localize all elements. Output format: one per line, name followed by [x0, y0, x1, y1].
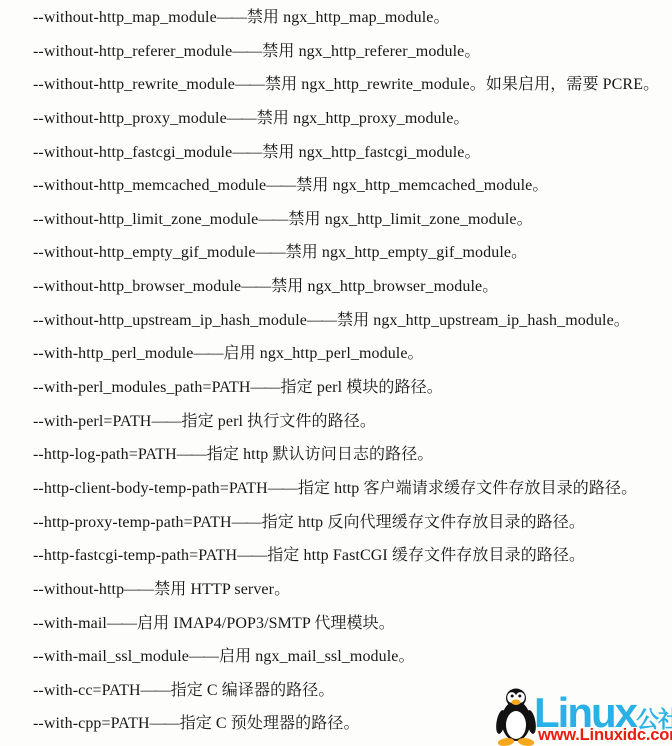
- option-name: --with-cc=PATH: [33, 682, 141, 699]
- option-description: 禁用 ngx_http_limit_zone_module。: [288, 211, 532, 228]
- option-name: --with-mail_ssl_module: [33, 648, 189, 665]
- option-description: 指定 perl 模块的路径。: [281, 379, 443, 396]
- option-description: 指定 http 客户端请求缓存文件存放目录的路径。: [298, 480, 637, 497]
- option-name: --without-http_memcached_module: [33, 177, 266, 194]
- doc-line: --http-log-path=PATH——指定 http 默认访问日志的路径。: [33, 438, 672, 472]
- logo-url-text: www.Linuxidc.com: [538, 726, 672, 745]
- doc-line: --without-http_rewrite_module——禁用 ngx_ht…: [33, 68, 672, 102]
- option-description: 启用 IMAP4/POP3/SMTP 代理模块。: [137, 615, 395, 632]
- option-description: 禁用 ngx_http_fastcgi_module。: [262, 144, 480, 161]
- option-name: --http-client-body-temp-path=PATH: [33, 480, 268, 497]
- dash-separator: ——: [268, 480, 296, 497]
- dash-separator: ——: [151, 413, 179, 430]
- dash-separator: ——: [235, 76, 263, 93]
- dash-separator: ——: [232, 144, 260, 161]
- dash-separator: ——: [141, 682, 169, 699]
- dash-separator: ——: [217, 9, 245, 26]
- doc-line: --without-http_map_module——禁用 ngx_http_m…: [33, 1, 672, 35]
- dash-separator: ——: [194, 345, 222, 362]
- doc-line: --http-proxy-temp-path=PATH——指定 http 反向代…: [33, 506, 672, 540]
- doc-line: --without-http_memcached_module——禁用 ngx_…: [33, 169, 672, 203]
- dash-separator: ——: [227, 110, 255, 127]
- doc-line: --without-http_browser_module——禁用 ngx_ht…: [33, 270, 672, 304]
- option-description: 启用 ngx_mail_ssl_module。: [219, 648, 415, 665]
- option-description: 指定 perl 执行文件的路径。: [181, 413, 375, 430]
- doc-line: --with-perl=PATH——指定 perl 执行文件的路径。: [33, 405, 672, 439]
- option-name: --without-http_referer_module: [33, 43, 232, 60]
- doc-line: --without-http_upstream_ip_hash_module——…: [33, 304, 672, 338]
- option-description: 禁用 ngx_http_referer_module。: [262, 43, 480, 60]
- option-name: --without-http_rewrite_module: [33, 76, 235, 93]
- dash-separator: ——: [251, 379, 279, 396]
- doc-line: --with-http_perl_module——启用 ngx_http_per…: [33, 337, 672, 371]
- option-name: --without-http: [33, 581, 124, 598]
- option-name: --with-perl=PATH: [33, 413, 151, 430]
- option-name: --without-http_limit_zone_module: [33, 211, 258, 228]
- option-description: 禁用 ngx_http_memcached_module。: [296, 177, 548, 194]
- option-name: --http-log-path=PATH: [33, 446, 177, 463]
- doc-line: --http-fastcgi-temp-path=PATH——指定 http F…: [33, 539, 672, 573]
- option-name: --without-http_browser_module: [33, 278, 241, 295]
- doc-line: --with-mail_ssl_module——启用 ngx_mail_ssl_…: [33, 640, 672, 674]
- dash-separator: ——: [237, 547, 265, 564]
- doc-line: --without-http_proxy_module——禁用 ngx_http…: [33, 102, 672, 136]
- option-name: --without-http_empty_gif_module: [33, 244, 256, 261]
- option-description: 禁用 HTTP server。: [154, 581, 290, 598]
- option-name: --without-http_fastcgi_module: [33, 144, 232, 161]
- option-description: 禁用 ngx_http_empty_gif_module。: [286, 244, 528, 261]
- option-description: 指定 C 预处理器的路径。: [180, 715, 360, 732]
- dash-separator: ——: [232, 43, 260, 60]
- dash-separator: ——: [124, 581, 152, 598]
- option-name: --http-proxy-temp-path=PATH: [33, 514, 232, 531]
- doc-line: --without-http_referer_module——禁用 ngx_ht…: [33, 35, 672, 69]
- option-description: 禁用 ngx_http_map_module。: [247, 9, 450, 26]
- option-description: 禁用 ngx_http_browser_module。: [271, 278, 498, 295]
- option-description: 指定 http 默认访问日志的路径。: [207, 446, 434, 463]
- option-description: 指定 http 反向代理缓存文件存放目录的路径。: [262, 514, 585, 531]
- option-description: 禁用 ngx_http_upstream_ip_hash_module。: [337, 312, 630, 329]
- linuxidc-logo: Linux公社 www.Linuxidc.com: [494, 686, 672, 746]
- doc-line: --without-http_empty_gif_module——禁用 ngx_…: [33, 236, 672, 270]
- option-description: 指定 http FastCGI 缓存文件存放目录的路径。: [267, 547, 585, 564]
- doc-line: --without-http_limit_zone_module——禁用 ngx…: [33, 203, 672, 237]
- dash-separator: ——: [241, 278, 269, 295]
- scanned-document-page: --without-http_map_module——禁用 ngx_http_m…: [0, 0, 672, 746]
- option-name: --with-perl_modules_path=PATH: [33, 379, 251, 396]
- option-name: --with-cpp=PATH: [33, 715, 150, 732]
- option-name: --with-mail: [33, 615, 107, 632]
- configure-options-list: --without-http_map_module——禁用 ngx_http_m…: [33, 1, 672, 741]
- doc-line: --http-client-body-temp-path=PATH——指定 ht…: [33, 472, 672, 506]
- doc-line: --without-http——禁用 HTTP server。: [33, 573, 672, 607]
- doc-line: --with-mail——启用 IMAP4/POP3/SMTP 代理模块。: [33, 607, 672, 641]
- dash-separator: ——: [256, 244, 284, 261]
- dash-separator: ——: [150, 715, 178, 732]
- option-name: --without-http_upstream_ip_hash_module: [33, 312, 307, 329]
- doc-line: --without-http_fastcgi_module——禁用 ngx_ht…: [33, 136, 672, 170]
- option-name: --http-fastcgi-temp-path=PATH: [33, 547, 237, 564]
- dash-separator: ——: [266, 177, 294, 194]
- option-name: --without-http_map_module: [33, 9, 217, 26]
- tux-penguin-icon: [496, 688, 536, 746]
- dash-separator: ——: [107, 615, 135, 632]
- dash-separator: ——: [258, 211, 286, 228]
- option-name: --without-http_proxy_module: [33, 110, 227, 127]
- dash-separator: ——: [189, 648, 217, 665]
- option-description: 指定 C 编译器的路径。: [171, 682, 335, 699]
- option-description: 启用 ngx_http_perl_module。: [224, 345, 424, 362]
- dash-separator: ——: [232, 514, 260, 531]
- option-name: --with-http_perl_module: [33, 345, 194, 362]
- option-description: 禁用 ngx_http_proxy_module。: [257, 110, 470, 127]
- dash-separator: ——: [177, 446, 205, 463]
- doc-line: --with-perl_modules_path=PATH——指定 perl 模…: [33, 371, 672, 405]
- option-description: 禁用 ngx_http_rewrite_module。如果启用，需要 PCRE。: [265, 76, 659, 93]
- dash-separator: ——: [307, 312, 335, 329]
